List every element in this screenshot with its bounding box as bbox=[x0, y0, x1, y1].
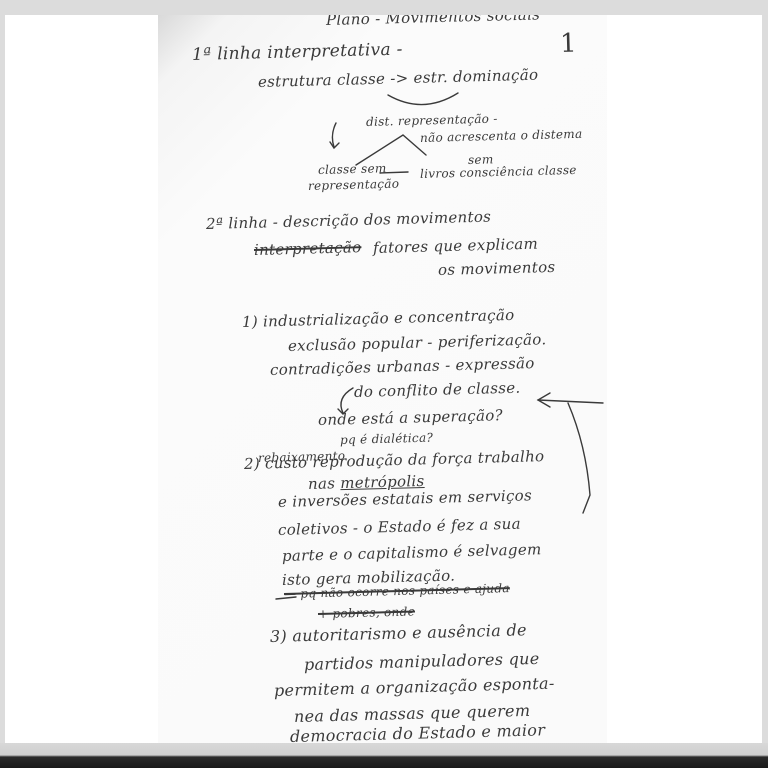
item2-b-prefix: nas bbox=[308, 474, 336, 493]
item1-f: pq é dialética? bbox=[340, 431, 434, 447]
line1-branch-top-b: não acrescenta o distema bbox=[420, 127, 583, 145]
line2-rest-b: os movimentos bbox=[438, 258, 556, 279]
line1-branch-left-b: representação bbox=[308, 177, 400, 193]
item3-a: 3) autoritarismo e ausência de bbox=[270, 620, 527, 646]
line2-struck: interpretação bbox=[254, 238, 362, 259]
item1-d: do conflito de classe. bbox=[354, 379, 521, 401]
item2-d: coletivos - o Estado é fez a sua bbox=[278, 515, 521, 539]
item1-a: 1) industrialização e concentração bbox=[242, 306, 515, 331]
page-number: 1 bbox=[560, 29, 578, 59]
line2-rest-a: fatores que explicam bbox=[373, 235, 538, 257]
item3-c: permitem a organização esponta- bbox=[274, 674, 555, 700]
item2-struck-b: + pobres, onde bbox=[318, 604, 415, 621]
item2-e: parte e o capitalismo é selvagem bbox=[282, 540, 542, 565]
item1-e: onde está a superação? bbox=[318, 406, 503, 429]
line2-heading: 2ª linha - descrição dos movimentos bbox=[206, 208, 492, 233]
line1-structure: estrutura classe -> estr. dominação bbox=[258, 66, 539, 91]
viewer-bottom-bar bbox=[0, 743, 768, 768]
item3-b: partidos manipuladores que bbox=[304, 649, 540, 674]
line1-branch-right-b: livros consciência classe bbox=[420, 163, 577, 181]
item1-c: contradições urbanas - expressão bbox=[270, 354, 535, 379]
line1-branch-left-a: classe sem bbox=[318, 161, 387, 177]
handwritten-page: Plano - Movimentos sociais 1 1ª linha in… bbox=[158, 15, 607, 743]
item1-b: exclusão popular - periferização. bbox=[288, 330, 547, 355]
line1-heading: 1ª linha interpretativa - bbox=[192, 39, 403, 65]
line1-branch-top-a: dist. representação - bbox=[366, 112, 498, 129]
document-title: Plano - Movimentos sociais bbox=[326, 15, 541, 29]
